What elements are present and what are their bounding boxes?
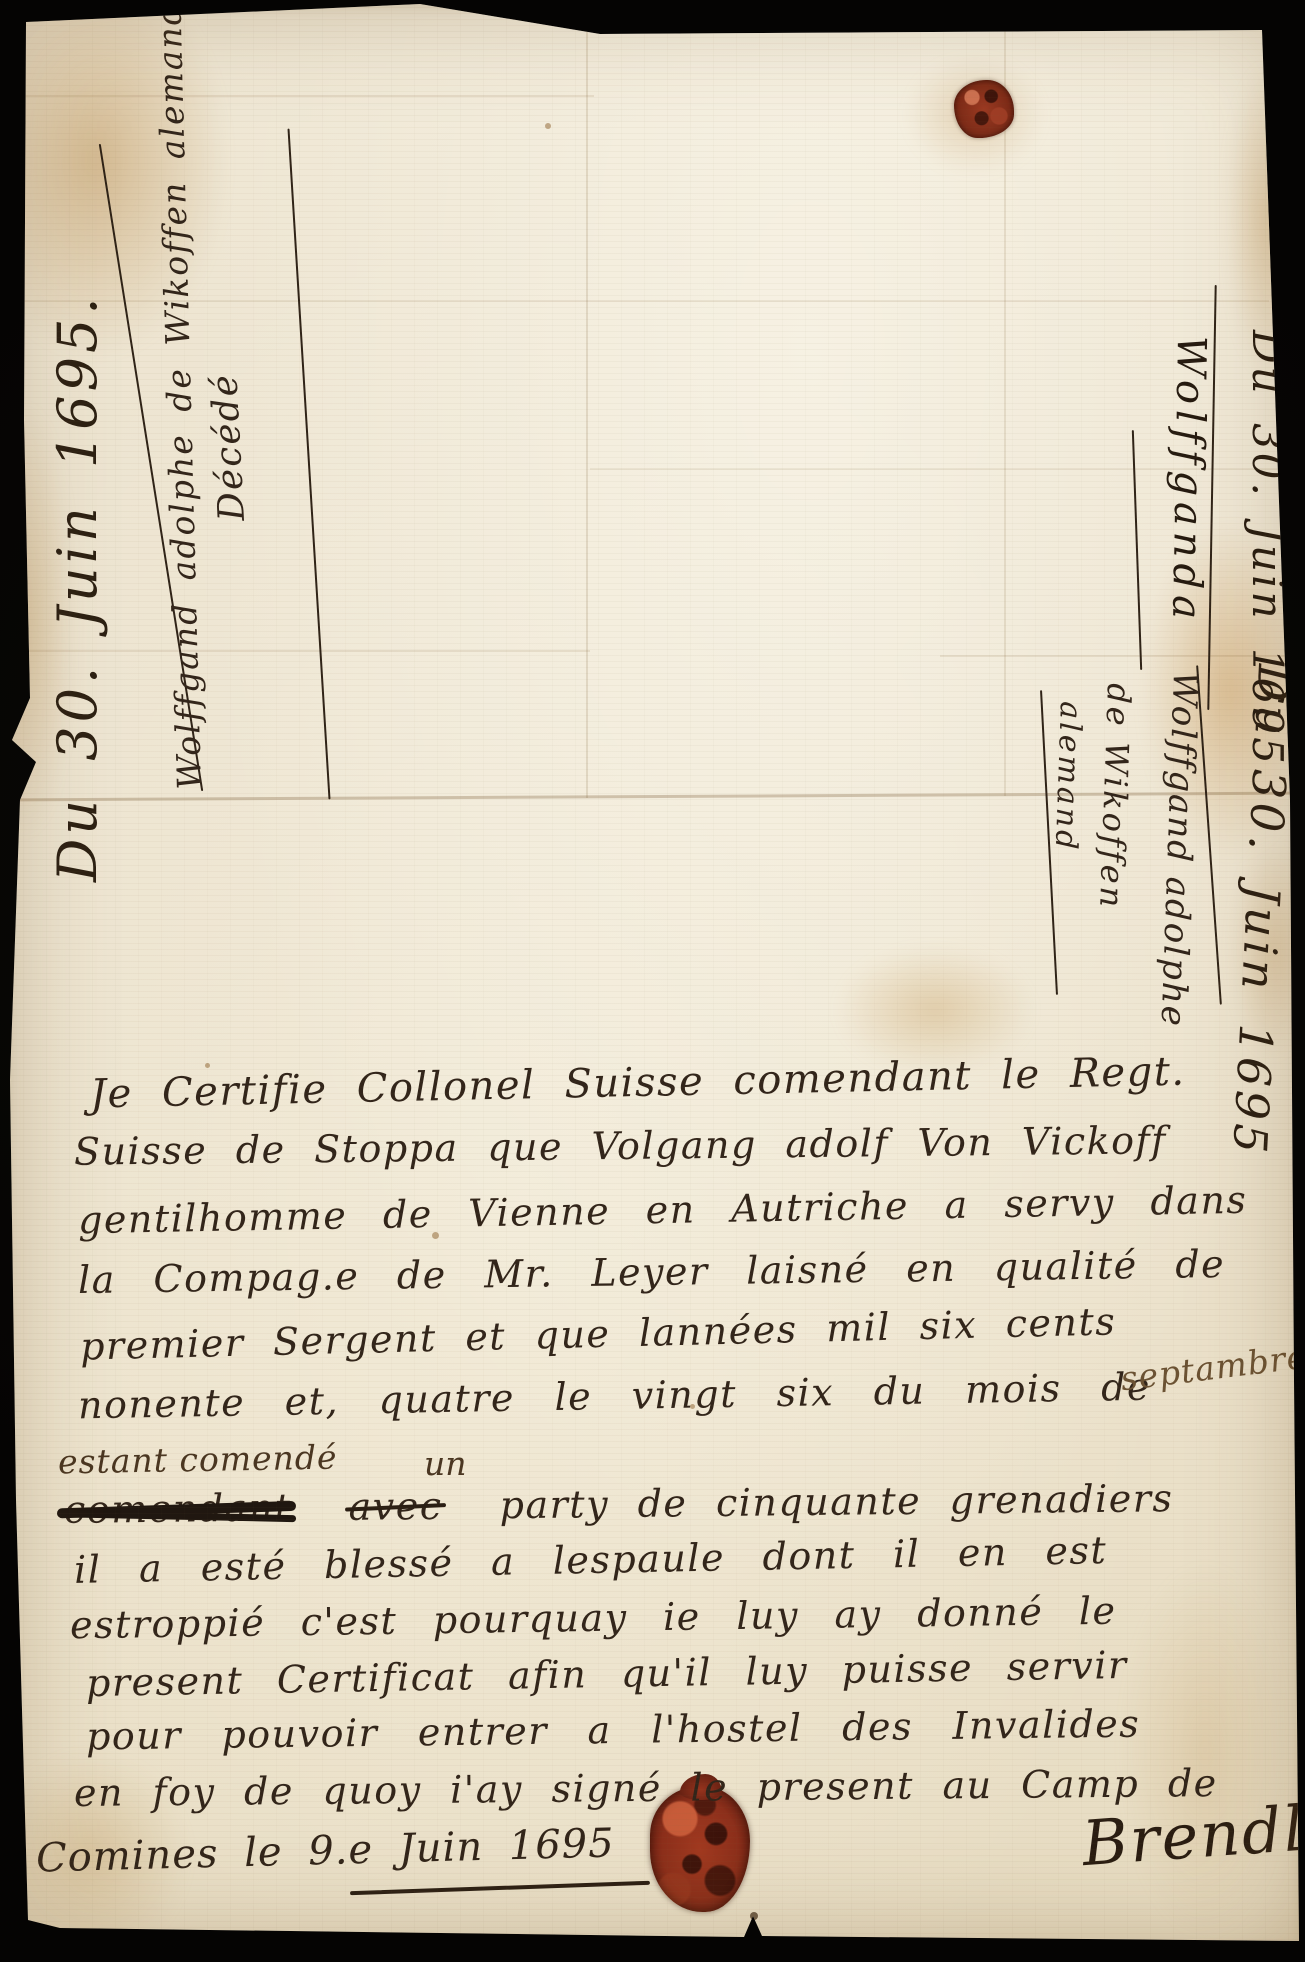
foxing-speck (750, 1912, 758, 1920)
fold-crease (1004, 0, 1006, 796)
letter-inserted-word: un (424, 1444, 467, 1483)
foxing-speck (545, 123, 551, 129)
letter-line: pour pouvoir entrer a l'hostel des Inval… (86, 1702, 1141, 1759)
stain (1120, 1560, 1290, 1940)
letter-line: present Certificat afin qu'il luy puisse… (86, 1643, 1128, 1705)
stain (905, 55, 1045, 175)
letter-line: en foy de quoy i'ay signé le present au … (74, 1761, 1218, 1815)
letter-margin-word: septambre (1118, 1337, 1305, 1399)
fold-crease (586, 0, 588, 798)
scanned-letter-frame: Du 30. Juin 1695. Wolffgand adolphe de W… (0, 0, 1305, 1962)
letter-closing: Comines le 9.e Juin 1695 (35, 1820, 615, 1881)
letter-line: gentilhomme de Vienne en Autriche a serv… (78, 1178, 1248, 1242)
annotation-rule (1132, 430, 1142, 670)
letter-line: estroppié c'est pourquay ie luy ay donné… (70, 1589, 1117, 1648)
annotation-right-upper-date: Du 30. Juin 1695 (1243, 330, 1292, 648)
annotation-left-name: Wolffgand adolphe de Wikoffen alemand (153, 134, 209, 790)
letter-line-struck: comendant avec party de cinquante grenad… (64, 1476, 1174, 1532)
letter-line: la Compag.e de Mr. Leyer laisné en quali… (78, 1242, 1226, 1302)
wax-seal-remnant (954, 80, 1014, 138)
fold-crease (24, 95, 594, 97)
annotation-rule (287, 129, 330, 800)
letter-line-rest: party de cinquante grenadiers (499, 1476, 1173, 1527)
fold-crease (24, 300, 1269, 302)
foxing-speck (205, 1063, 210, 1068)
letter-line: Suisse de Stoppa que Volgang adolf Von V… (74, 1118, 1167, 1173)
letter-paper: Du 30. Juin 1695. Wolffgand adolphe de W… (0, 0, 1305, 1952)
letter-line: il a esté blessé a lespaule dont il en e… (74, 1528, 1108, 1592)
annotation-right-lower-name2: de Wikoffen (1090, 683, 1138, 979)
annotation-right-lower-name1: Wolffgand adolphe (1154, 671, 1205, 997)
letter-line: premier Sergent et que lannées mil six c… (80, 1299, 1117, 1368)
closing-underline (350, 1881, 650, 1895)
struck-word: comendant (64, 1485, 292, 1531)
annotation-left-date: Du 30. Juin 1695. (46, 242, 109, 882)
annotation-right-lower-name3: alemand (1044, 701, 1088, 967)
annotation-right-upper-name: Wolffganda (1163, 335, 1214, 641)
annotation-right-lower-date: Du 30. Juin 1695 (1231, 663, 1302, 1000)
letter-line: Je Certifie Collonel Suisse comendant le… (90, 1049, 1186, 1118)
letter-insertion: estant comendé (58, 1438, 338, 1482)
fold-crease (940, 655, 1285, 657)
letter-line: nonente et, quatre le vingt six du mois … (78, 1365, 1152, 1428)
annotation-left-status: Décédé (203, 345, 253, 522)
struck-word-2: avec (348, 1484, 442, 1529)
